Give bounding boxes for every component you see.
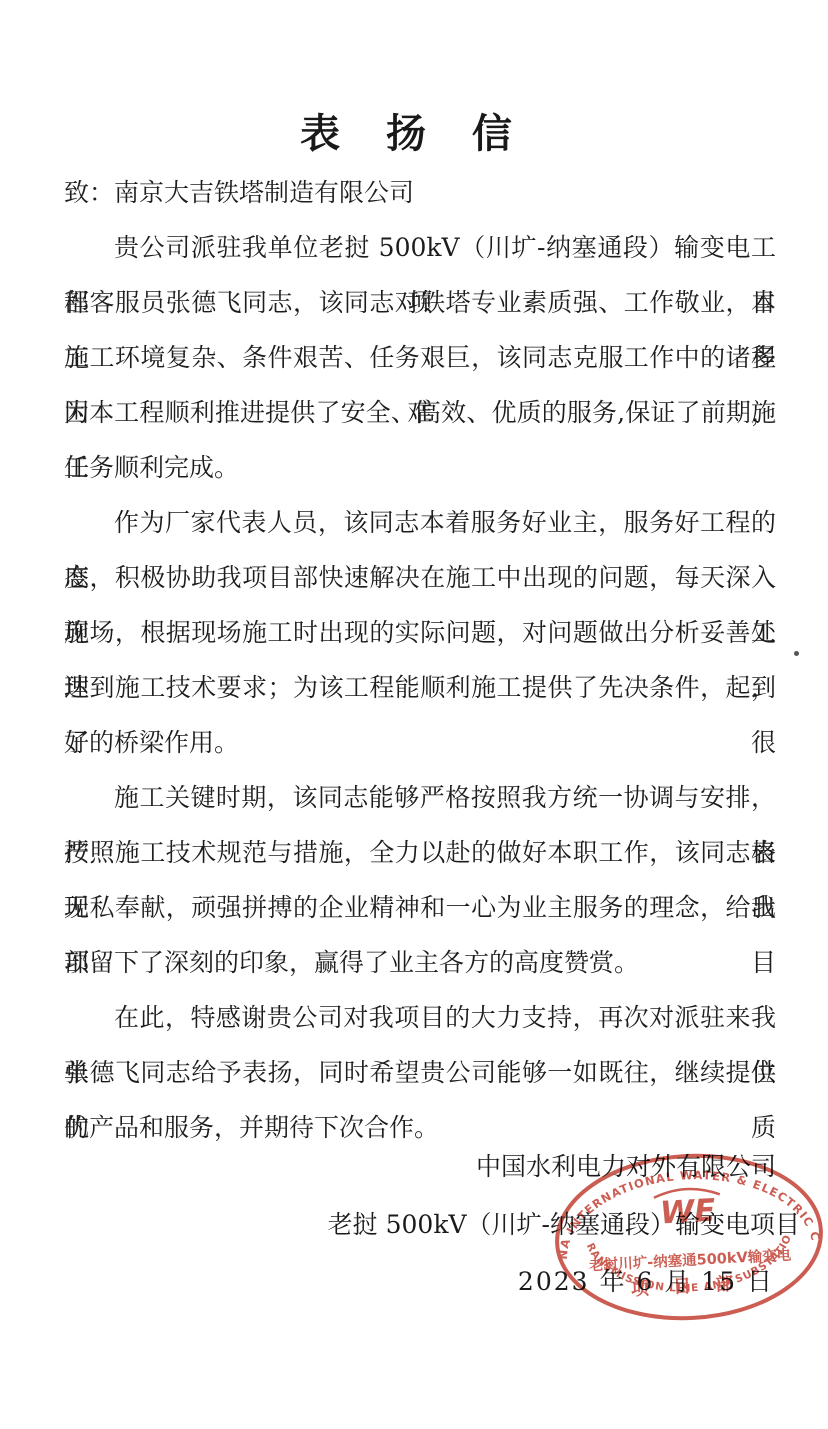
paragraph-2-line: 作为厂家代表人员，该同志本着服务好业主，服务好工程的态 <box>64 495 776 550</box>
signature-company: 中国水利电力对外有限公司 <box>476 1147 776 1187</box>
salutation-line: 致：南京大吉铁塔制造有限公司 <box>64 165 776 220</box>
paragraph-2-line: 度，积极协助我项目部快速解决在施工中出现的问题，每天深入施工 <box>64 550 776 605</box>
paragraph-1-line: 为本工程顺利推进提供了安全、高效、优质的服务,保证了前期施工 <box>64 385 776 440</box>
paragraph-1-line: 任务顺利完成。 <box>64 440 776 495</box>
seal-logo-swoosh <box>654 1187 720 1197</box>
paragraph-1-line: 施工环境复杂、条件艰苦、任务艰巨，该同志克服工作中的诸多困难， <box>64 330 776 385</box>
paragraph-4-line: 张德飞同志给予表扬，同时希望贵公司能够一如既往，继续提供优质 <box>64 1045 776 1100</box>
scan-artifact-dot <box>794 651 799 656</box>
paragraph-2-line: 现场，根据现场施工时出现的实际问题，对问题做出分析妥善处理， <box>64 605 776 660</box>
paragraph-2-line: 达到施工技术要求；为该工程能顺利施工提供了先决条件，起到了很 <box>64 660 776 715</box>
paragraph-3-line: 施工关键时期，该同志能够严格按照我方统一协调与安排，严格 <box>64 770 776 825</box>
signature-date: 2023 年 6 月 15 日 <box>518 1262 774 1302</box>
paragraph-3-line: 无私奉献，顽强拼搏的企业精神和一心为业主服务的理念，给我项目 <box>64 880 776 935</box>
letter-body: 致：南京大吉铁塔制造有限公司 贵公司派驻我单位老挝 500kV（川圹-纳塞通段）… <box>64 165 776 1155</box>
paragraph-1-line: 部客服员张德飞同志，该同志对铁塔专业素质强、工作敬业，本工程 <box>64 275 776 330</box>
letter-title: 表 扬 信 <box>0 102 828 159</box>
paragraph-4-line: 在此，特感谢贵公司对我项目的大力支持，再次对派驻来我单位 <box>64 990 776 1045</box>
paragraph-3-line: 按照施工技术规范与措施，全力以赴的做好本职工作，该同志表现出 <box>64 825 776 880</box>
signature-project: 老挝 500kV（川圹-纳塞通段）输变电项目 <box>328 1205 800 1245</box>
letter-page: 表 扬 信 致：南京大吉铁塔制造有限公司 贵公司派驻我单位老挝 500kV（川圹… <box>0 0 828 1429</box>
paragraph-1-line: 贵公司派驻我单位老挝 500kV（川圹-纳塞通段）输变电工程项目 <box>64 220 776 275</box>
